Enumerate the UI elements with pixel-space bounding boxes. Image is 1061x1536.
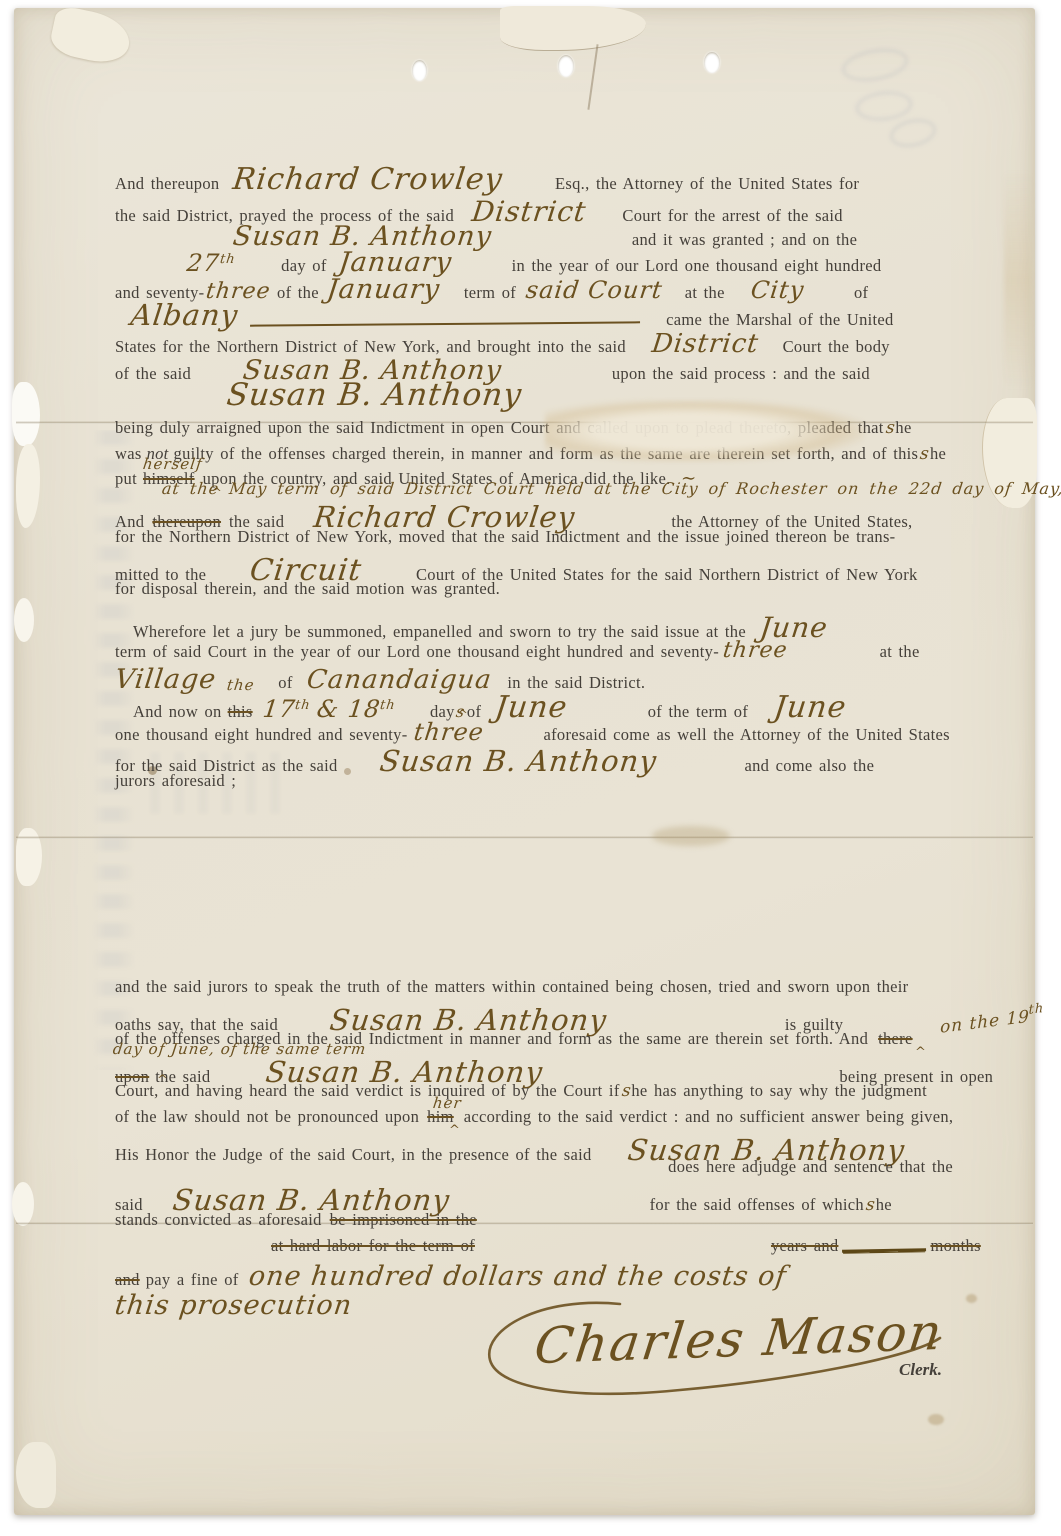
- stain-fold-center: [652, 826, 730, 846]
- text-line: And now onthisthe17th& 18thdaysof^Juneof…: [115, 690, 961, 716]
- punch-hole-3: [704, 52, 720, 73]
- printed-text: for disposal therein, and the said motio…: [115, 579, 500, 598]
- handwritten-text: s: [620, 1081, 632, 1101]
- printed-text: and the said jurors to speak the truth o…: [115, 977, 908, 996]
- printed-text-struck: years and: [771, 1236, 838, 1255]
- text-line: the said District, prayed the process of…: [115, 195, 961, 221]
- text-line: one thousand eight hundred and seventy-t…: [115, 718, 961, 744]
- paper-chip-left-3: [14, 598, 34, 642]
- handwritten-text: Richard Crowley: [231, 162, 505, 197]
- printed-text: Court, and having heard the said verdict…: [115, 1081, 620, 1100]
- punch-hole-1: [412, 60, 427, 81]
- speck-3: [928, 1414, 944, 1425]
- printed-text: day of: [281, 256, 327, 275]
- stain-over-text: [545, 400, 865, 462]
- text-line: Wherefore let a jury be summoned, empane…: [115, 611, 961, 637]
- printed-text-struck: be imprisoned in the: [330, 1210, 477, 1229]
- handwritten-insertion: herself: [142, 455, 204, 473]
- printed-text: he: [895, 418, 911, 437]
- printed-text: Court the body: [783, 337, 890, 356]
- printed-text: stands convicted as aforesaid: [115, 1210, 322, 1229]
- printed-text: was: [115, 444, 142, 463]
- text-line: States for the Northern District of New …: [115, 329, 961, 355]
- text-line: for the Northern District of New York, m…: [115, 527, 961, 553]
- printed-text: he: [930, 444, 946, 463]
- printed-text: for the Northern District of New York, m…: [115, 527, 895, 546]
- printed-text: put: [115, 469, 137, 488]
- text-line: upon^the saidSusan B. Anthonybeing prese…: [115, 1055, 961, 1081]
- handwritten-superscript: th: [294, 698, 311, 713]
- printed-text: does here adjudge and sentence that the: [668, 1157, 953, 1176]
- text-line: andpay a fine ofone hundred dollars and …: [115, 1261, 961, 1287]
- printed-text: he has anything to say why the judgment: [631, 1081, 927, 1100]
- text-line: Andthereupon^the saidRichard Crowleythe …: [115, 500, 961, 526]
- text-line: does here adjudge and sentence that the: [115, 1157, 953, 1183]
- text-line: 27thday ofJanuaryin the year of our Lord…: [115, 247, 961, 273]
- text-line: of the law should not be pronounced upon…: [115, 1107, 961, 1133]
- printed-text: of the law should not be pronounced upon: [115, 1107, 419, 1126]
- handwritten-text: this prosecution: [113, 1290, 354, 1321]
- printed-text: at the: [880, 642, 920, 661]
- text-line: oaths say, that the saidSusan B. Anthony…: [115, 1003, 961, 1029]
- printed-text: States for the Northern District of New …: [115, 337, 626, 356]
- printed-text-struck: months: [930, 1236, 980, 1255]
- handwritten-superscript: th: [1029, 1001, 1044, 1018]
- handwritten-text: s: [884, 418, 896, 438]
- text-line: saidSusan B. Anthonyfor the said offense…: [115, 1183, 961, 1209]
- printed-text: one thousand eight hundred and seventy-: [115, 725, 408, 744]
- punch-hole-2: [558, 55, 574, 77]
- text-line: mitted to theCircuitCourt of the United …: [115, 553, 961, 579]
- text-line: and seventy-threeof theJanuaryterm ofsai…: [115, 274, 961, 300]
- handwritten-text: Albany: [129, 298, 240, 332]
- handwritten-insertion: the: [226, 676, 256, 694]
- strike-mark: [842, 1242, 926, 1253]
- clerk-label: Clerk.: [899, 1360, 942, 1380]
- text-line: for the said District as the saidSusan B…: [115, 744, 961, 770]
- printed-text: Esq., the Attorney of the United States …: [555, 174, 859, 193]
- handwritten-text: 27: [185, 249, 221, 277]
- printed-text: came the Marshal of the United: [666, 310, 893, 329]
- paper-chip-left-1: [12, 382, 40, 446]
- text-line: Susan B. Anthonyand it was granted ; and…: [115, 221, 961, 247]
- stain-right-strip: [1004, 170, 1032, 390]
- fold-crease-2: [16, 836, 1033, 839]
- handwritten-text: three: [721, 638, 789, 663]
- text-line: His Honor the Judge of the said Court, i…: [115, 1133, 961, 1159]
- handwritten-text: three: [412, 718, 485, 746]
- printed-text: according to the said verdict : and no s…: [464, 1107, 954, 1126]
- scanned-court-document: { "meta": { "description": "Scanned 1873…: [0, 0, 1061, 1536]
- text-line: for disposal therein, and the said motio…: [115, 579, 961, 605]
- text-line: Court, and having heard the said verdict…: [115, 1081, 961, 1107]
- printed-text: And thereupon: [115, 174, 219, 193]
- printed-text: term of said Court in the year of our Lo…: [115, 642, 719, 661]
- text-line: term of said Court in the year of our Lo…: [115, 638, 961, 664]
- handwritten-text: Susan B. Anthony: [225, 377, 524, 413]
- printed-text: aforesaid come as well the Attorney of t…: [544, 725, 950, 744]
- printed-text-struck: at hard labor for the term of: [271, 1236, 475, 1255]
- text-line: stands convicted as aforesaidbe imprison…: [115, 1210, 961, 1236]
- text-line: Albanycame the Marshal of the United: [115, 298, 961, 324]
- text-line: jurors aforesaid ;: [115, 771, 961, 797]
- printed-text-struck: and: [115, 1270, 140, 1289]
- speck-4: [966, 1294, 977, 1303]
- paper-chip-bottom-left: [16, 1442, 56, 1508]
- printed-text: pay a fine of: [146, 1270, 239, 1289]
- signature-block: Charles Mason: [470, 1288, 960, 1408]
- handwritten-superscript: th: [379, 698, 396, 713]
- paper-chip-left-5: [12, 1182, 34, 1226]
- text-line: And thereuponRichard CrowleyEsq., the At…: [115, 162, 961, 188]
- text-line: and the said jurors to speak the truth o…: [115, 977, 961, 1003]
- text-line: at hard labor for the term ofyears andmo…: [115, 1236, 1049, 1262]
- handwritten-text: at the May term of said District Court h…: [161, 479, 1061, 498]
- printed-text: in the year of our Lord one thousand eig…: [512, 256, 882, 275]
- printed-text: jurors aforesaid ;: [115, 771, 236, 790]
- handwritten-superscript: th: [219, 252, 236, 267]
- handwritten-insertion: her: [432, 1094, 463, 1112]
